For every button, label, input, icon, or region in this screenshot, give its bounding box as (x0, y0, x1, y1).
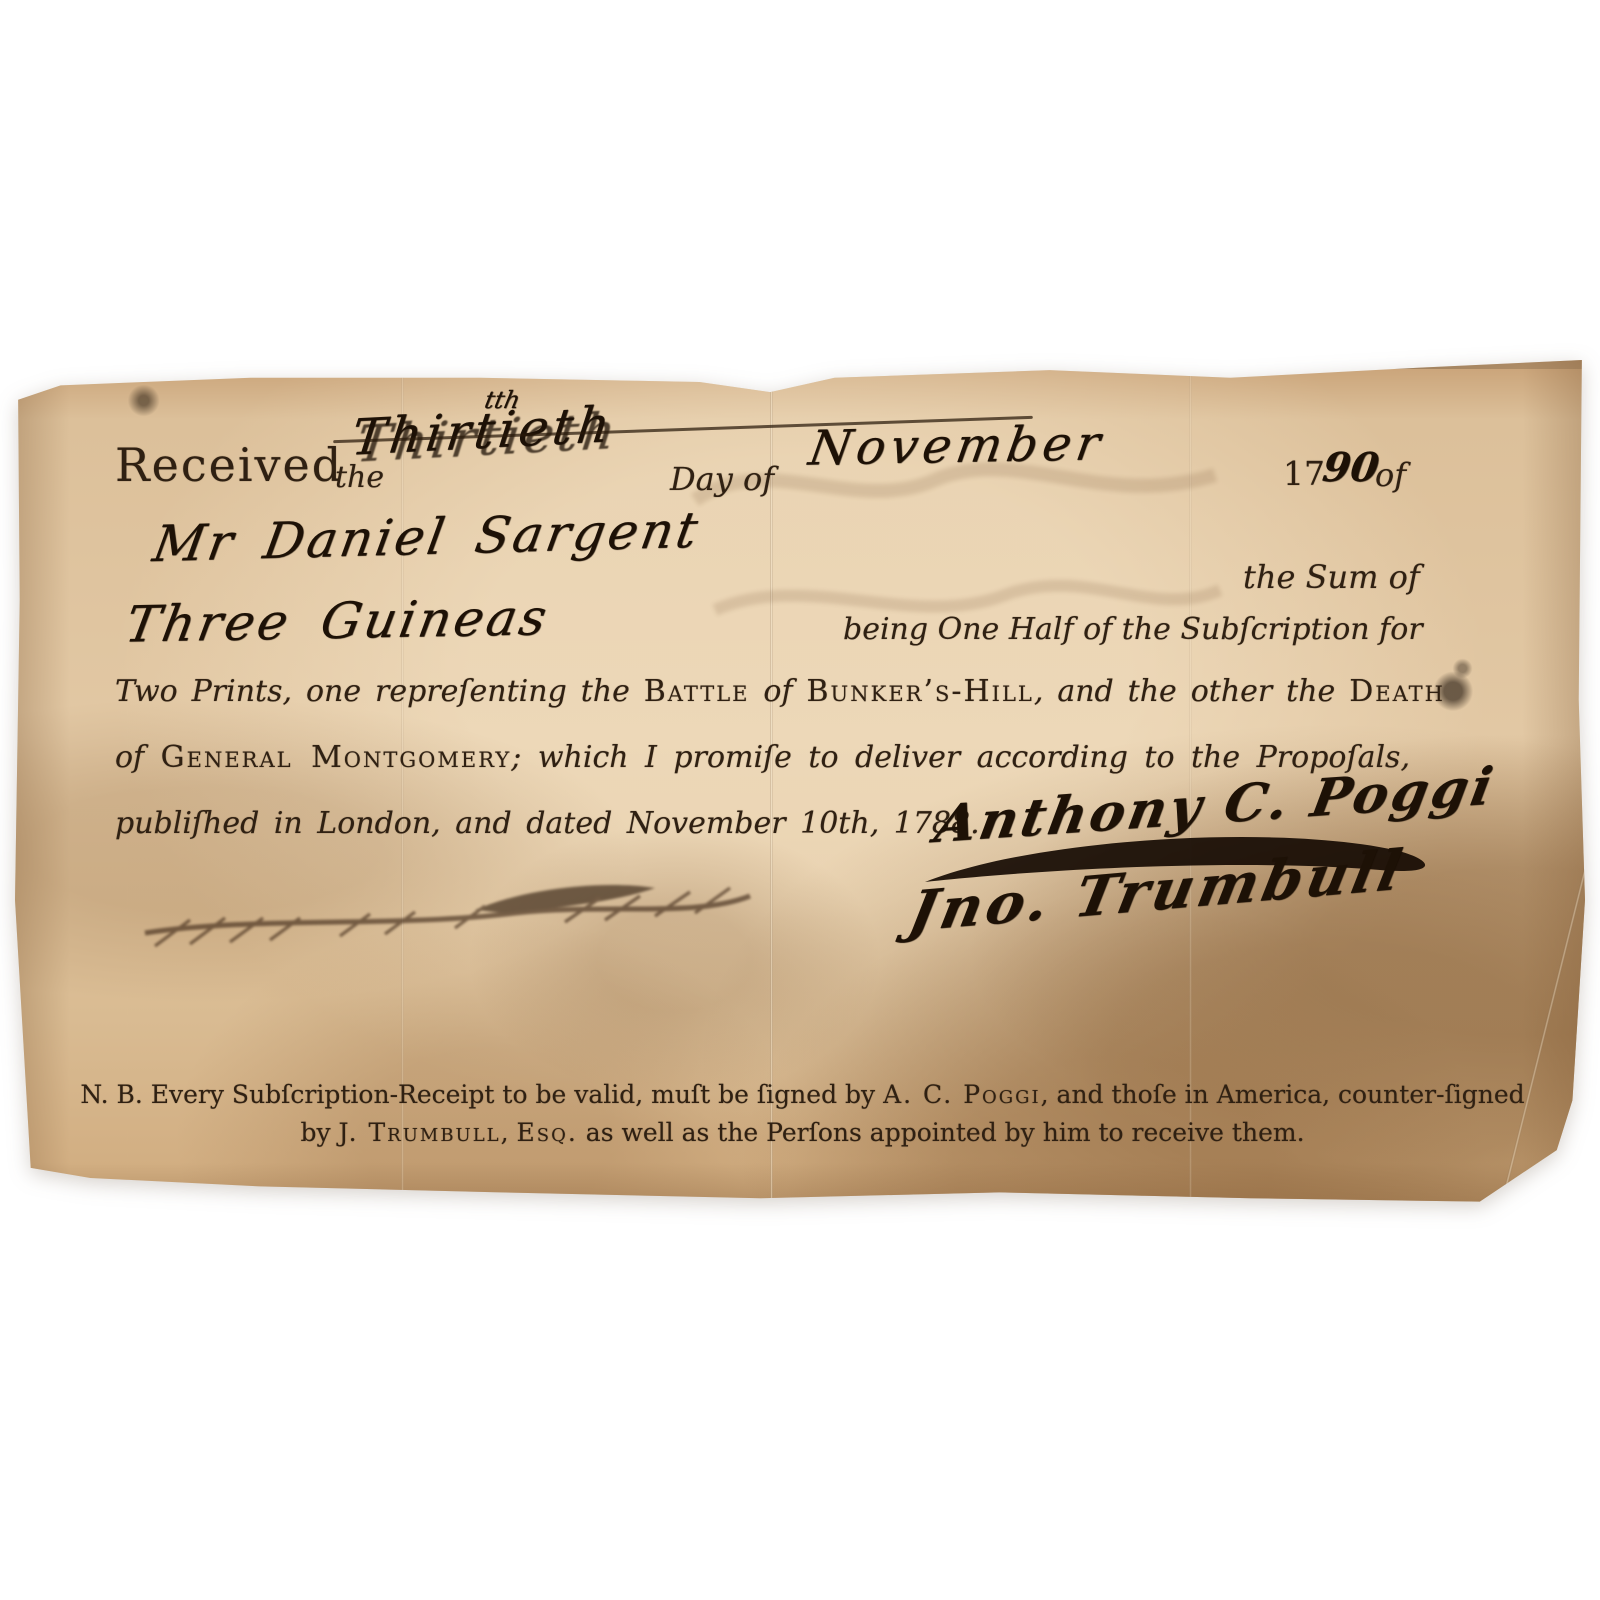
ink-smudge-transfer (135, 858, 765, 968)
fold-crease-corner (1487, 831, 1596, 1258)
day-superscript: tth (482, 386, 523, 414)
footnote-l2-t3: as well as the Perſons appointed by him … (578, 1118, 1305, 1147)
year-printed: 17 (1283, 454, 1325, 493)
prints-line: Two Prints, one repreſenting the Battle … (115, 674, 1445, 709)
fold-crease-left (401, 360, 404, 1205)
poggi-smallcaps: A. C. Poggi (883, 1080, 1041, 1109)
esq-smallcaps: Esq. (517, 1118, 578, 1147)
montgomery-line-t1: of (115, 740, 161, 775)
received-label: Received (115, 438, 343, 492)
footnote-l2-t2: , (501, 1118, 517, 1147)
prints-line-t2: of (750, 674, 807, 709)
receipt-paper: Received the Thirtieth Thirtieth tth Day… (15, 360, 1585, 1205)
prints-line-t1: Two Prints, one repreſenting the (115, 674, 644, 709)
of-label: of (1375, 456, 1406, 494)
published-line: publiſhed in London, and dated November … (115, 806, 980, 841)
trumbull-smallcaps: J. Trumbull (339, 1118, 501, 1147)
payer-handwritten: Mr Daniel Sargent (149, 501, 705, 573)
general-montgomery-smallcaps: General Montgomery (161, 740, 512, 775)
footnote-l1-t2: , and thoſe in America, counter-ſigned (1041, 1080, 1525, 1109)
bunkers-hill-smallcaps: Bunker’s-Hill (807, 674, 1034, 709)
amount-handwritten: Three Guineas (121, 588, 554, 653)
month-handwritten: November (805, 415, 1109, 476)
footnote-line1: N. B. Every Subſcription-Receipt to be v… (75, 1080, 1530, 1109)
death-smallcaps: Death (1349, 674, 1445, 709)
receipt-paper-wrap: Received the Thirtieth Thirtieth tth Day… (15, 360, 1585, 1205)
day-of-label: Day of (670, 460, 774, 498)
battle-smallcaps: Battle (644, 674, 750, 709)
prints-line-t3: , and the other the (1034, 674, 1349, 709)
footnote-l2-t1: by (300, 1118, 338, 1147)
being-one-half-label: being One Half of the Subſcription for (843, 612, 1423, 647)
montgomery-line: of General Montgomery; which I promiſe t… (115, 740, 1410, 775)
footnote-line2: by J. Trumbull, Esq. as well as the Perſ… (75, 1118, 1530, 1147)
footnote-l1-t1: N. B. Every Subſcription-Receipt to be v… (80, 1080, 883, 1109)
scan-background: Received the Thirtieth Thirtieth tth Day… (0, 0, 1600, 1600)
montgomery-line-t2: ; which I promiſe to deliver according t… (511, 740, 1410, 775)
year-handwritten: 90 (1320, 444, 1382, 491)
the-sum-of-label: the Sum of (1243, 558, 1420, 596)
